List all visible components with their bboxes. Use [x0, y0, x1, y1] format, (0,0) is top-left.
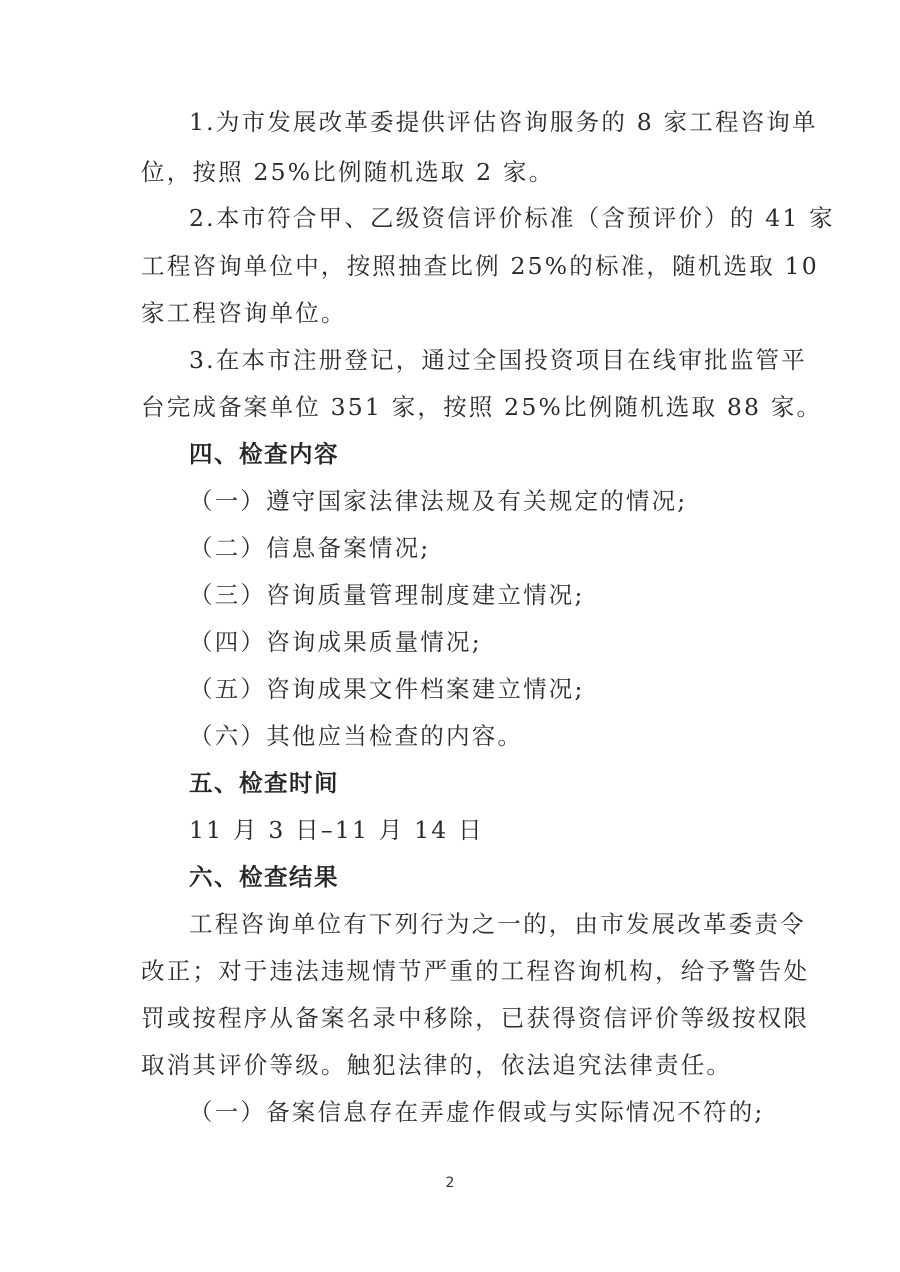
- inspection-date-range: 11 月 3 日–11 月 14 日: [189, 815, 484, 845]
- results-paragraph-line-3: 罚或按程序从备案名录中移除，已获得资信评价等级按权限: [141, 1003, 809, 1033]
- paragraph-1-line-2: 位，按照 25%比例随机选取 2 家。: [141, 157, 554, 187]
- section-heading-inspection-time: 五、检查时间: [189, 768, 339, 798]
- list-item-4: （四）咨询成果质量情况;: [189, 627, 482, 657]
- document-page: 1.为市发展改革委提供评估咨询服务的 8 家工程咨询单 位，按照 25%比例随机…: [0, 0, 900, 1272]
- page-number: 2: [0, 1175, 900, 1191]
- list-item-6: （六）其他应当检查的内容。: [189, 721, 523, 751]
- paragraph-1-line-1: 1.为市发展改革委提供评估咨询服务的 8 家工程咨询单: [189, 107, 818, 137]
- list-item-2: （二）信息备案情况;: [189, 533, 430, 563]
- paragraph-3-line-1: 3.在本市注册登记，通过全国投资项目在线审批监管平: [189, 345, 807, 375]
- results-paragraph-line-4: 取消其评价等级。触犯法律的，依法追究法律责任。: [141, 1050, 732, 1080]
- paragraph-3-line-2: 台完成备案单位 351 家，按照 25%比例随机选取 88 家。: [141, 392, 822, 422]
- results-paragraph-line-2: 改正；对于违法违规情节严重的工程咨询机构，给予警告处: [141, 956, 809, 986]
- section-heading-inspection-content: 四、检查内容: [189, 439, 339, 469]
- paragraph-2-line-3: 家工程咨询单位。: [141, 298, 347, 328]
- results-paragraph-line-1: 工程咨询单位有下列行为之一的，由市发展改革委责令: [189, 909, 806, 939]
- list-item-5: （五）咨询成果文件档案建立情况;: [189, 674, 585, 704]
- violation-item-1: （一）备案信息存在弄虚作假或与实际情况不符的;: [189, 1097, 765, 1127]
- section-heading-inspection-results: 六、检查结果: [189, 862, 339, 892]
- list-item-3: （三）咨询质量管理制度建立情况;: [189, 580, 585, 610]
- paragraph-2-line-1: 2.本市符合甲、乙级资信评价标准（含预评价）的 41 家: [189, 203, 835, 233]
- list-item-1: （一）遵守国家法律法规及有关规定的情况;: [189, 486, 687, 516]
- paragraph-2-line-2: 工程咨询单位中，按照抽查比例 25%的标准，随机选取 10: [141, 251, 819, 281]
